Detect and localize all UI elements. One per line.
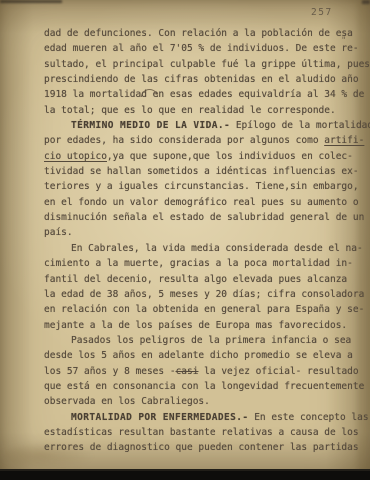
text-line: disminución señala el estado de salubrid… <box>44 210 358 225</box>
text-line: prescindiendo de las cifras obtenidas en… <box>44 72 358 87</box>
text-segment: ,ya que supone,que los individuos en col… <box>107 151 353 162</box>
text-line: que está en consonancia con la longevida… <box>44 379 358 394</box>
text-line: la total; que es lo que en realidad le c… <box>44 103 358 118</box>
text-line: teriores y a iguales circunstancias. Tie… <box>44 179 358 194</box>
page-number: 257 <box>311 7 333 18</box>
text-segment: En este concepto las <box>248 412 368 423</box>
text-line: sultado, el principal culpable fué la gr… <box>44 57 358 72</box>
text-line: desde los 5 años en adelante dicho prome… <box>44 348 358 363</box>
section-heading-termino-medio: TÉRMINO MEDIO DE LA VIDA.- <box>71 120 230 131</box>
underlined-term: cio utopico <box>44 151 107 162</box>
text-line: 1918 la mortalidad en esas edades equiva… <box>44 87 358 102</box>
scan-edge-top-right <box>362 0 370 4</box>
struck-word: casi <box>176 366 199 377</box>
text-line: en el fondo un valor demográfico real pu… <box>44 195 358 210</box>
text-segment: Epílogo de la mortalidad <box>230 120 370 131</box>
text-segment: la vejez oficial- resultado <box>198 366 358 377</box>
text-segment: por edades, ha sido considerada por algu… <box>44 135 324 146</box>
underlined-term: artifi- <box>324 135 364 146</box>
text-line: los 57 años y 8 meses -casi la vejez ofi… <box>44 364 358 379</box>
text-line: cio utopico,ya que supone,que los indivi… <box>44 149 358 164</box>
text-line: tividad se hallan sometidos a idénticas … <box>44 164 358 179</box>
text-line: observada en los Cabraliegos. <box>44 394 358 409</box>
text-line: estadísticas resultan bastante relativas… <box>44 425 358 440</box>
scan-edge-top-left <box>0 0 62 3</box>
scan-edge-bottom <box>0 469 370 480</box>
section-heading-mortalidad-enfermedades: MORTALIDAD POR ENFERMEDADES.- <box>71 412 248 423</box>
text-line: errores de diagnostico que pueden conten… <box>44 440 358 455</box>
text-line: la edad de 38 años, 5 meses y 20 días; c… <box>44 287 358 302</box>
text-segment: los 57 años y 8 meses - <box>44 366 176 377</box>
text-line: Pasados los peligros de la primera infan… <box>44 333 358 348</box>
text-line: edad mueren al año el 7'05 % de individu… <box>44 41 358 56</box>
text-line: en relación con la obtenida en general p… <box>44 302 358 317</box>
text-line: cimiento a la muerte, gracias a la poca … <box>44 256 358 271</box>
text-line: TÉRMINO MEDIO DE LA VIDA.- Epílogo de la… <box>44 118 358 133</box>
scanned-page: 257 " dad de defunciones. Con relación a… <box>0 0 370 480</box>
text-line: En Cabrales, la vida media considerada d… <box>44 241 358 256</box>
document-text: dad de defunciones. Con relación a la po… <box>44 26 358 456</box>
text-line: país. <box>44 225 358 240</box>
text-line: fantil del decenio, resulta algo elevada… <box>44 272 358 287</box>
text-line: dad de defunciones. Con relación a la po… <box>44 26 358 41</box>
text-line: mejante a la de los países de Europa mas… <box>44 318 358 333</box>
text-line: MORTALIDAD POR ENFERMEDADES.- En este co… <box>44 410 358 425</box>
text-line: por edades, ha sido considerada por algu… <box>44 133 358 148</box>
